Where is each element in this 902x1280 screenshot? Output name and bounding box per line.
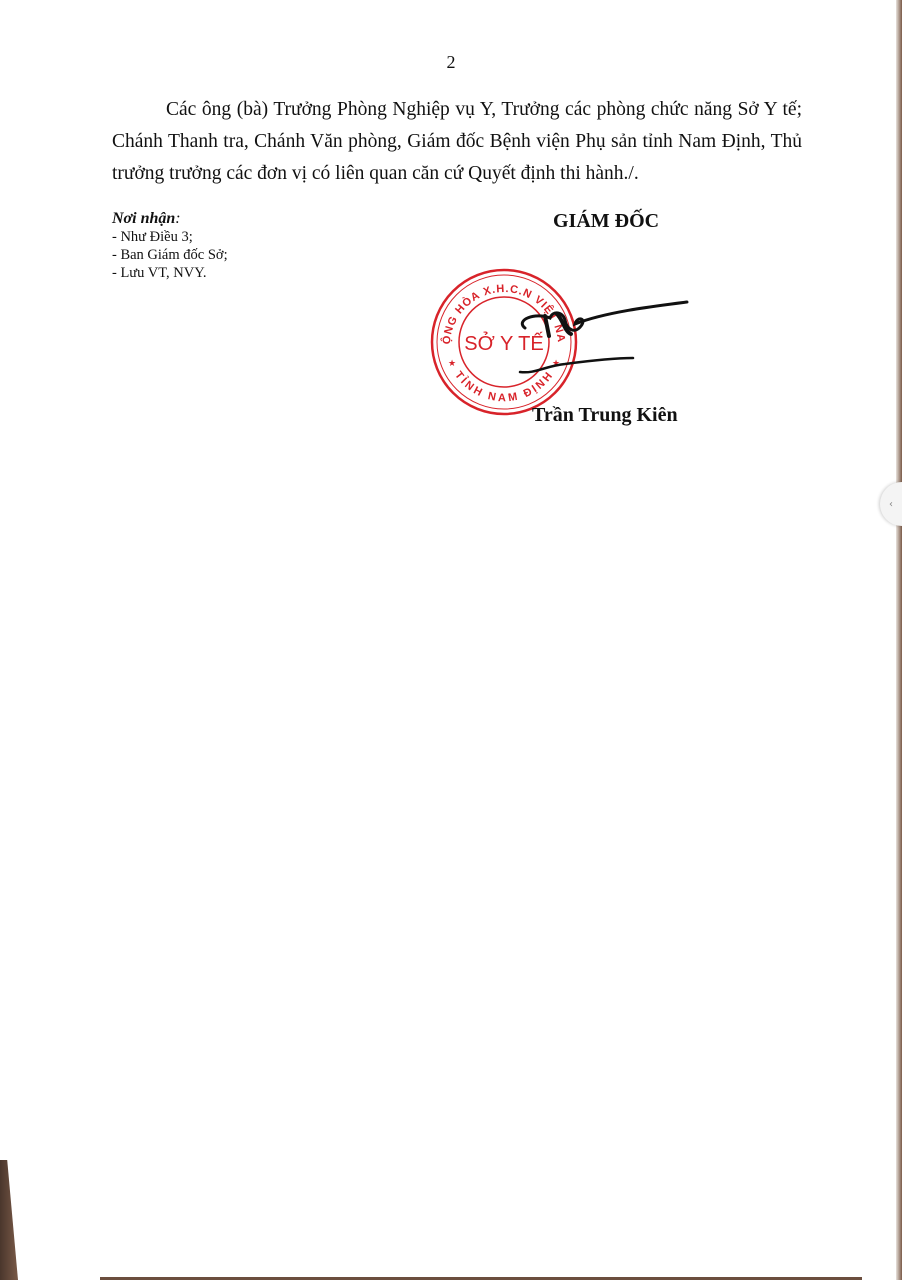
recipients-title: Nơi nhận: bbox=[112, 210, 228, 228]
page-edge-shadow bbox=[896, 0, 902, 1280]
recipient-item: - Lưu VT, NVY. bbox=[112, 264, 228, 282]
recipient-item: - Như Điều 3; bbox=[112, 228, 228, 246]
page-corner-shadow bbox=[0, 1160, 18, 1280]
signer-name: Trần Trung Kiên bbox=[532, 404, 678, 427]
document-page: 2 Các ông (bà) Trưởng Phòng Nghiệp vụ Y,… bbox=[0, 0, 902, 1280]
recipients-block: Nơi nhận: - Như Điều 3; - Ban Giám đốc S… bbox=[112, 210, 228, 282]
handwritten-signature bbox=[505, 290, 695, 380]
page-nav-handle[interactable]: ‹ bbox=[880, 482, 902, 526]
chevron-left-icon: ‹ bbox=[889, 499, 893, 510]
page-number: 2 bbox=[0, 52, 902, 73]
svg-text:★: ★ bbox=[448, 359, 456, 369]
signer-title: GIÁM ĐỐC bbox=[553, 210, 659, 233]
recipient-item: - Ban Giám đốc Sở; bbox=[112, 246, 228, 264]
body-paragraph: Các ông (bà) Trưởng Phòng Nghiệp vụ Y, T… bbox=[112, 94, 802, 190]
